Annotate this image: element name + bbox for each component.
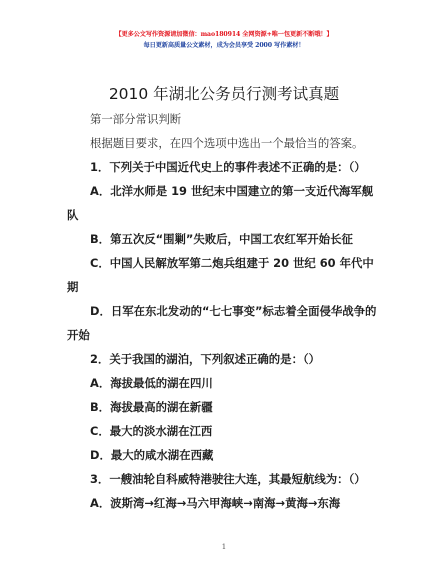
instruction-text: 根据题目要求，在四个选项中选出一个最恰当的答案。 — [90, 135, 363, 151]
question-2-stem: 2．关于我国的湖泊，下列叙述正确的是：（） — [90, 351, 320, 367]
question-1-option-d: D．日军在东北发动的“七七事变”标志着全面侵华战争的 — [90, 303, 376, 319]
question-1-option-c: C．中国人民解放军第二炮兵组建于 20 世纪 60 年代中 — [90, 255, 374, 271]
question-2-option-a: A．海拔最低的湖在四川 — [90, 375, 213, 391]
page-number: 1 — [0, 543, 448, 551]
promo-banner-line-2: 每日更新高质量公文素材，成为会员享受 2000 写作素材！ — [0, 42, 448, 50]
document-page: 【更多公文写作资源请加微信：mao180914 全网资源+唯一包更新不断哦！】 … — [0, 0, 448, 580]
document-title: 2010 年湖北公务员行测考试真题 — [0, 84, 448, 104]
question-1-option-d-wrap: 开始 — [67, 327, 90, 343]
promo-banner-line-1: 【更多公文写作资源请加微信：mao180914 全网资源+唯一包更新不断哦！】 — [0, 31, 448, 39]
question-3-stem: 3．一艘油轮自科威特港驶往大连，其最短航线为：（） — [90, 471, 366, 487]
question-1-option-c-wrap: 期 — [67, 279, 78, 295]
question-2-option-d: D．最大的咸水湖在西藏 — [90, 447, 213, 463]
question-1-option-a: A．北洋水师是 19 世纪末中国建立的第一支近代海军舰 — [90, 183, 373, 199]
question-2-option-b: B．海拔最高的湖在新疆 — [90, 399, 213, 415]
question-1-option-b: B．第五次反“围剿”失败后，中国工农红军开始长征 — [90, 231, 353, 247]
question-2-option-c: C．最大的淡水湖在江西 — [90, 423, 212, 439]
question-3-option-a: A．波斯湾→红海→马六甲海峡→南海→黄海→东海 — [90, 495, 340, 511]
question-1-option-a-wrap: 队 — [67, 207, 78, 223]
section-heading: 第一部分常识判断 — [90, 111, 181, 127]
question-1-stem: 1．下列关于中国近代史上的事件表述不正确的是：（） — [90, 159, 366, 175]
